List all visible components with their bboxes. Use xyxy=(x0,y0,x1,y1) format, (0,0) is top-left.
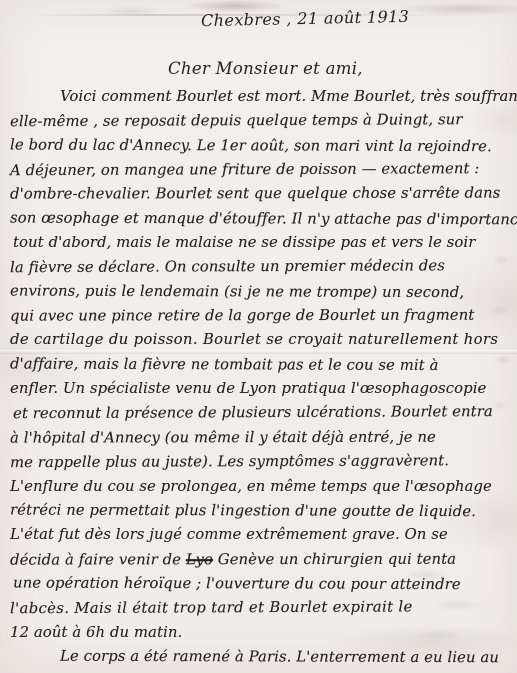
letter-line: Le corps a été ramené à Paris. L'enterre… xyxy=(10,644,515,670)
letter-line: son œsophage et manque d'étouffer. Il n'… xyxy=(10,206,515,232)
letter-line: décida à faire venir de Lyo Genève un ch… xyxy=(10,547,515,572)
struck-word: Lyo xyxy=(186,551,213,568)
letter-line: me rappelle plus au juste). Les symptôme… xyxy=(10,449,515,476)
letter-line: d'ombre-chevalier. Bourlet sent que quel… xyxy=(10,182,515,207)
letter-line: le bord du lac d'Annecy. Le 1er août, so… xyxy=(10,133,515,159)
letter-line: 12 août à 6h du matin. xyxy=(10,621,515,645)
letter-line: et reconnut la présence de plusieurs ulc… xyxy=(13,400,515,427)
letter-line: une opération héroïque ; l'ouverture du … xyxy=(13,571,515,597)
letter-paper: Chexbres , 21 août 1913 Cher Monsieur et… xyxy=(0,0,517,673)
letter-line: qui avec une pince retire de la gorge de… xyxy=(10,304,515,329)
dateline: Chexbres , 21 août 1913 xyxy=(201,7,410,30)
letter-line: à l'hôpital d'Annecy (ou même il y était… xyxy=(10,425,515,450)
salutation: Cher Monsieur et ami, xyxy=(168,59,363,78)
letter-line: d'affaire, mais la fièvre ne tombait pas… xyxy=(10,352,515,378)
letter-line: L'enflure du cou se prolongea, en même t… xyxy=(10,475,515,499)
letter-line: rétréci ne permettait plus l'ingestion d… xyxy=(10,498,515,524)
letter-body: Voici comment Bourlet est mort. Mme Bour… xyxy=(10,85,515,669)
letter-line: elle-même , se reposait depuis quelque t… xyxy=(10,108,515,135)
letter-line: L'état fut dès lors jugé comme extrêmeme… xyxy=(10,523,515,547)
letter-line: l'abcès. Mais il était trop tard et Bour… xyxy=(10,595,515,622)
letter-line: la fièvre se déclare. On consulte un pre… xyxy=(10,254,515,281)
letter-line: de cartilage du poisson. Bourlet se croy… xyxy=(10,328,515,352)
letter-line: Voici comment Bourlet est mort. Mme Bour… xyxy=(10,85,515,109)
letter-line: enfler. Un spécialiste venu de Lyon prat… xyxy=(10,377,515,401)
letter-line: A déjeuner, on mangea une friture de poi… xyxy=(10,157,515,184)
letter-line: environs, puis le lendemain (si je ne me… xyxy=(10,279,515,305)
letter-line: tout d'abord, mais le malaise ne se diss… xyxy=(13,231,515,255)
